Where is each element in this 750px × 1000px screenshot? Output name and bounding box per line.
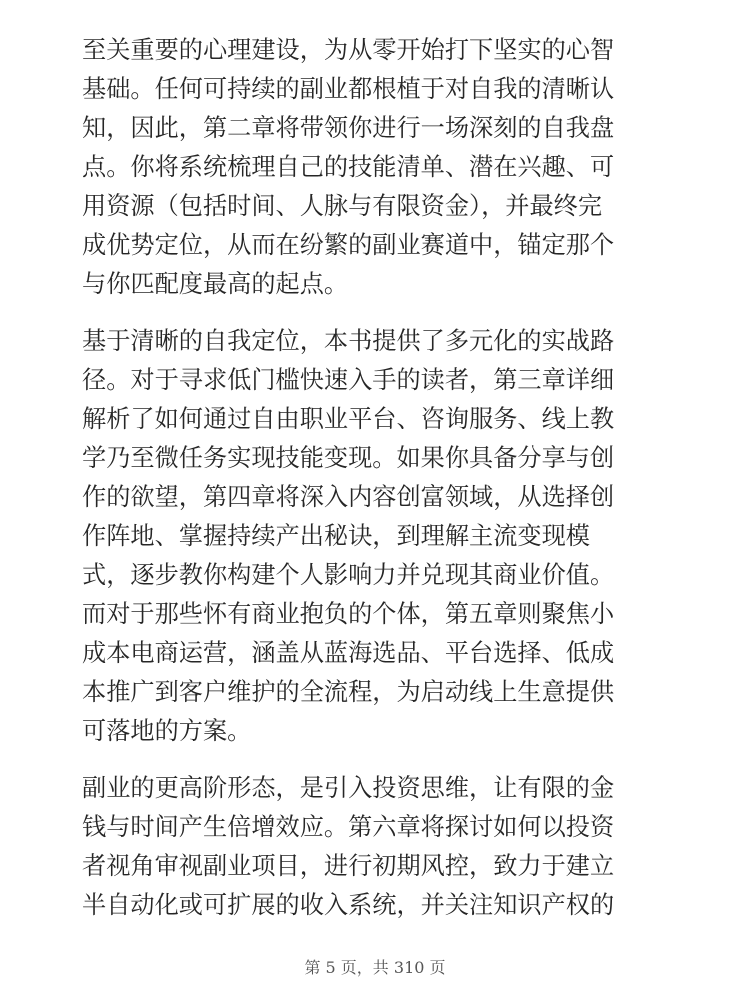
text-line: 用资源（包括时间、人脉与有限资金），并最终完 [82, 187, 668, 226]
text-line: 半自动化或可扩展的收入系统，并关注知识产权的 [82, 886, 668, 925]
text-line: 解析了如何通过自由职业平台、咨询服务、线上教 [82, 400, 668, 439]
text-line: 式，逐步教你构建个人影响力并兑现其商业价值。 [82, 556, 668, 595]
text-line: 作的欲望，第四章将深入内容创富领域，从选择创 [82, 478, 668, 517]
text-line: 者视角审视副业项目，进行初期风控，致力于建立 [82, 847, 668, 886]
text-line: 至关重要的心理建设，为从零开始打下坚实的心智 [82, 31, 668, 70]
text-line: 知，因此，第二章将带领你进行一场深刻的自我盘 [82, 109, 668, 148]
text-line: 与你匹配度最高的起点。 [82, 265, 668, 304]
text-line: 可落地的方案。 [82, 712, 668, 751]
page-body: 至关重要的心理建设，为从零开始打下坚实的心智 基础。任何可持续的副业都根植于对自… [82, 31, 668, 943]
text-line: 学乃至微任务实现技能变现。如果你具备分享与创 [82, 439, 668, 478]
text-line: 点。你将系统梳理自己的技能清单、潜在兴趣、可 [82, 148, 668, 187]
text-line: 本推广到客户维护的全流程，为启动线上生意提供 [82, 673, 668, 712]
text-line: 成本电商运营，涵盖从蓝海选品、平台选择、低成 [82, 634, 668, 673]
page-number-footer: 第 5 页，共 310 页 [0, 955, 750, 978]
text-line: 基于清晰的自我定位，本书提供了多元化的实战路 [82, 322, 668, 361]
text-line: 而对于那些怀有商业抱负的个体，第五章则聚焦小 [82, 595, 668, 634]
text-line: 径。对于寻求低门槛快速入手的读者，第三章详细 [82, 361, 668, 400]
paragraph-2: 基于清晰的自我定位，本书提供了多元化的实战路 径。对于寻求低门槛快速入手的读者，… [82, 322, 668, 751]
text-line: 成优势定位，从而在纷繁的副业赛道中，锚定那个 [82, 226, 668, 265]
text-line: 基础。任何可持续的副业都根植于对自我的清晰认 [82, 70, 668, 109]
text-line: 钱与时间产生倍增效应。第六章将探讨如何以投资 [82, 808, 668, 847]
text-line: 作阵地、掌握持续产出秘诀，到理解主流变现模 [82, 517, 668, 556]
paragraph-1: 至关重要的心理建设，为从零开始打下坚实的心智 基础。任何可持续的副业都根植于对自… [82, 31, 668, 304]
text-line: 副业的更高阶形态，是引入投资思维，让有限的金 [82, 769, 668, 808]
paragraph-3: 副业的更高阶形态，是引入投资思维，让有限的金 钱与时间产生倍增效应。第六章将探讨… [82, 769, 668, 925]
